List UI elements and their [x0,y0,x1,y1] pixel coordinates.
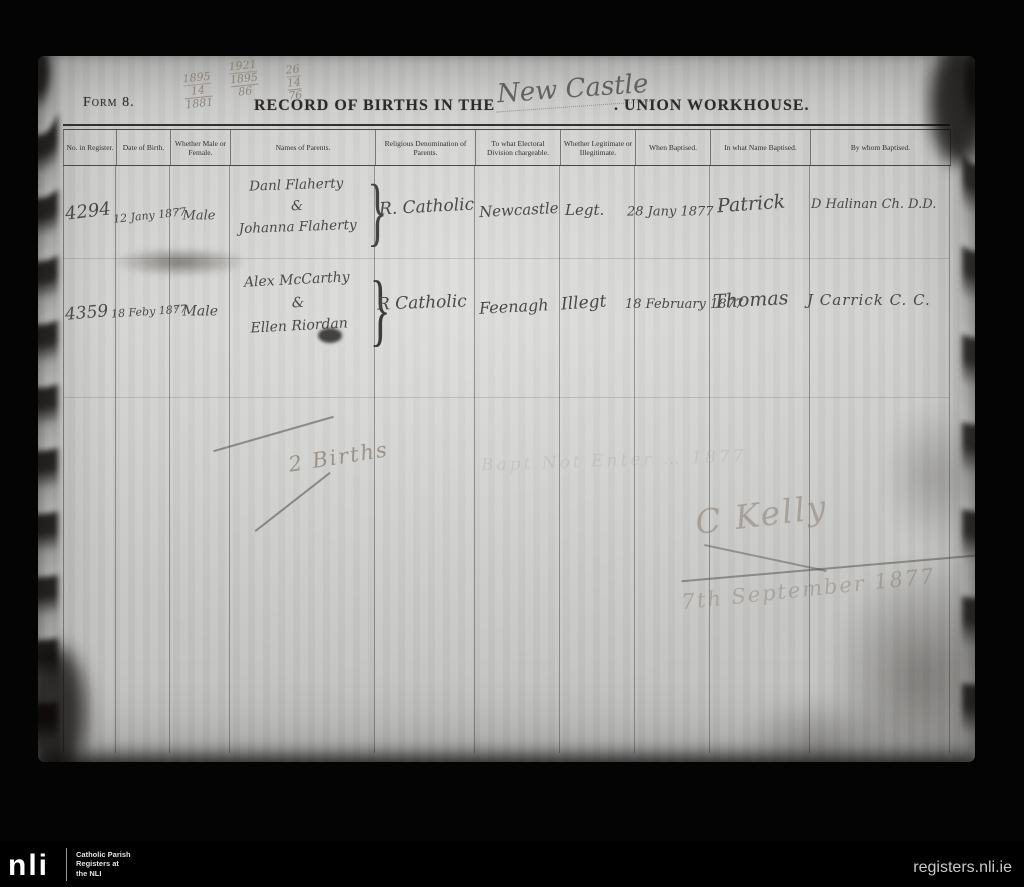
site-url: registers.nli.ie [913,859,1012,877]
caption-line: the NLI [76,869,101,878]
nli-caption: Catholic Parish Registers at the NLI [76,850,131,879]
pencil-sum-annotation: 1895 14 1881 [182,71,214,112]
religious-denomination: R Catholic [377,291,467,314]
nli-logo: nli [8,851,49,881]
column-header-electoral-division: To what Electoral Division chargeable. [476,130,561,165]
column-header-legitimacy: Whether Legitimate or Illegitimate. [561,130,636,165]
column-header-by-whom-baptised: By whom Baptised. [811,130,951,165]
page-title: RECORD OF BIRTHS IN THE [254,97,495,115]
sex: Male [173,303,218,320]
column-header-sex: Whether Male or Female. [171,130,231,165]
caption-line: Catholic Parish [76,850,131,859]
column-header-register-no: No. in Register. [64,130,117,165]
table-header-row: No. in Register. Date of Birth. Whether … [63,130,951,166]
register-number: 4359 [64,301,109,325]
page-title-suffix: . UNION WORKHOUSE. [614,97,810,115]
parents-names: Danl Flaherty & Johanna Flaherty [230,173,364,241]
parent-1: Alex McCarthy [244,269,350,291]
logo-divider [66,848,67,881]
column-header-denomination: Religious Denomination of Parents. [376,130,476,165]
parent-1: Danl Flaherty [249,175,344,194]
pencil-number: 1881 [185,96,214,111]
electoral-division: Feenagh [479,295,549,318]
ink-blot [318,328,342,343]
branding-bar: nli Catholic Parish Registers at the NLI… [0,841,1024,887]
column-header-parents: Names of Parents. [231,130,376,165]
baptismal-name: Thomas [712,287,789,313]
column-header-when-baptised: When Baptised. [636,130,711,165]
when-baptised: 28 Jany 1877 [627,203,724,219]
parents-names: Alex McCarthy & Ellen Riordan [227,265,368,341]
form-number-label: Form 8. [83,95,135,111]
pencil-sum-annotation: 1921 1895 86 [228,59,260,100]
legitimacy: Illegt [560,291,607,314]
register-page-scan: Form 8. 1895 14 1881 1921 1895 86 26 14 … [38,56,975,762]
scan-viewport: Form 8. 1895 14 1881 1921 1895 86 26 14 … [0,0,1024,887]
column-header-name-baptised: In what Name Baptised. [711,130,811,165]
row-rule [63,397,950,398]
baptised-by: J Carrick C. C. [807,291,931,309]
legitimacy: Legt. [565,201,604,219]
caption-line: Registers at [76,859,119,868]
baptised-by: D Halinan Ch. D.D. [811,197,936,212]
ampersand: & [291,198,304,214]
ink-smudge [115,248,245,276]
sex: Male [173,207,215,223]
page-stain [883,406,975,546]
torn-edge-left [38,56,58,762]
column-header-date-of-birth: Date of Birth. [117,130,171,165]
ampersand: & [291,295,304,312]
parent-2: Johanna Flaherty [239,217,357,237]
